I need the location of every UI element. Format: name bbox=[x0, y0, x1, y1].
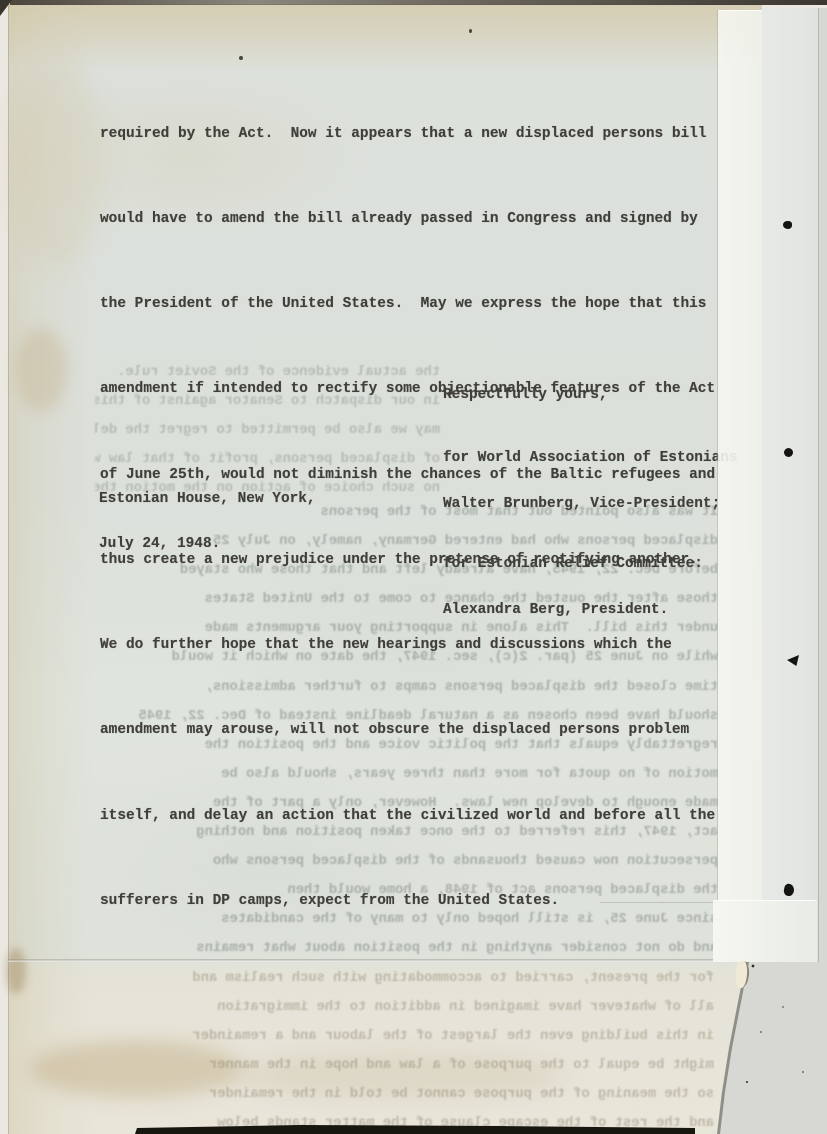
bleedthrough-line: all of whatever have imagined in additio… bbox=[78, 993, 714, 1022]
bleedthrough-line: in this building even the largest of the… bbox=[78, 1022, 714, 1051]
sheet-far-edge bbox=[819, 8, 827, 962]
place-line: Estonian House, New York, bbox=[99, 492, 316, 507]
body-line: required by the Act. Now it appears that… bbox=[100, 120, 715, 148]
bleedthrough-text-lower: for the present, carried to accommodatin… bbox=[78, 964, 714, 1130]
closing-line: Respectfully yours, bbox=[443, 388, 738, 403]
top-edge-shadow bbox=[10, 0, 827, 5]
ink-speck bbox=[469, 29, 472, 33]
punch-dot bbox=[784, 448, 793, 457]
fold-line bbox=[8, 959, 745, 962]
underlying-sheet-edge bbox=[762, 8, 827, 962]
signature-name1: Walter Brunberg, Vice-President; bbox=[443, 497, 738, 512]
signature-org2: for Estonian Relief Committee: bbox=[443, 557, 738, 572]
signature-name2: Alexandra Berg, President. bbox=[443, 603, 738, 618]
body-line: the President of the United States. May … bbox=[100, 290, 715, 318]
punch-dot bbox=[783, 221, 792, 229]
translucent-tape-strip bbox=[718, 10, 762, 962]
body-line: amendment may arouse, will not obscure t… bbox=[100, 716, 715, 744]
date-line: July 24, 1948. bbox=[99, 537, 316, 552]
aging-stain bbox=[10, 58, 105, 268]
aging-stain bbox=[16, 328, 68, 412]
body-line: would have to amend the bill already pas… bbox=[100, 205, 715, 233]
scanned-letter-photo: the actual evidence of the Soviet rule.i… bbox=[0, 0, 827, 1134]
crease-line bbox=[600, 902, 718, 903]
body-line: itself, and delay an action that the civ… bbox=[100, 802, 715, 830]
signature-block: Respectfully yours, for World Associatio… bbox=[443, 357, 738, 649]
dateline-block: Estonian House, New York, July 24, 1948. bbox=[99, 461, 316, 583]
body-line: sufferers in DP camps, expect from the U… bbox=[100, 887, 715, 915]
aging-stain bbox=[6, 948, 26, 994]
bleedthrough-line: so the meaning of the purpose cannot be … bbox=[78, 1080, 714, 1109]
tape-end-patch bbox=[713, 900, 817, 962]
signature-org1: for World Association of Estonians bbox=[443, 451, 738, 466]
sheet-edge-line bbox=[818, 8, 819, 962]
ink-speck bbox=[239, 56, 243, 60]
bleedthrough-line: might be equal to the purpose of a law a… bbox=[78, 1051, 714, 1080]
